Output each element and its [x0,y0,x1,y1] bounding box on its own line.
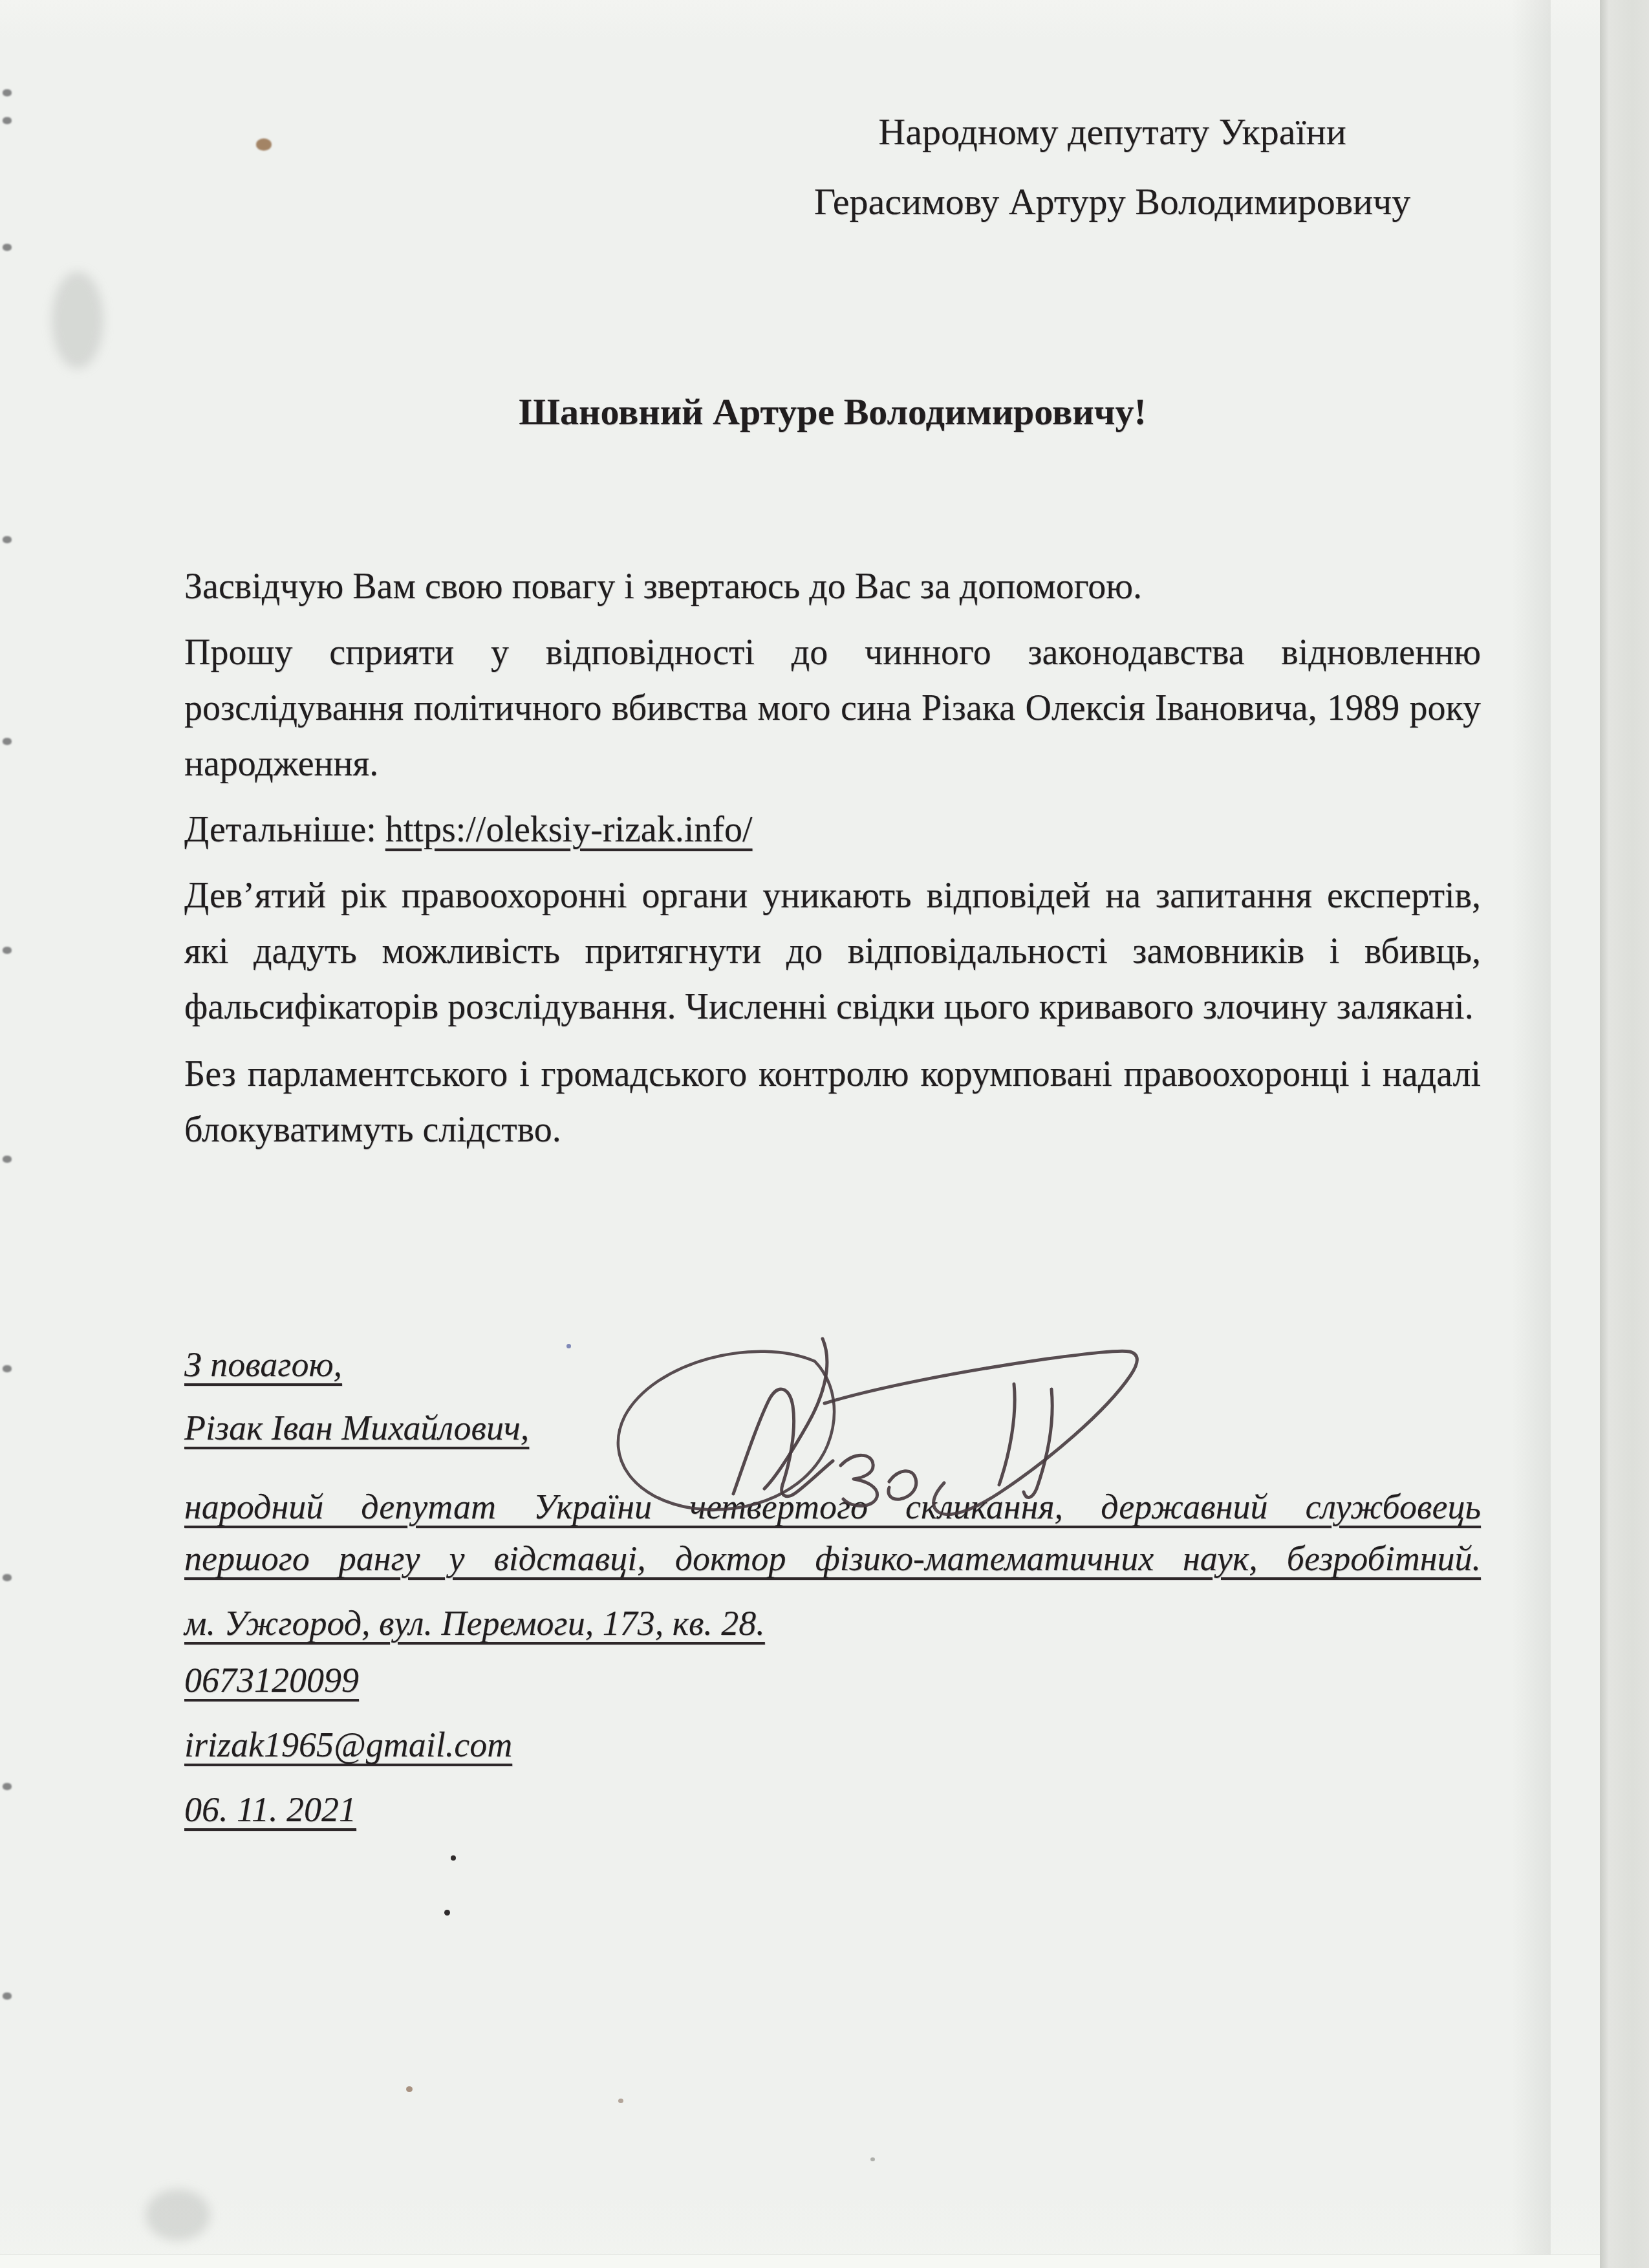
scanner-bottom-strip [0,2254,1600,2268]
letter-content: Народному депутату України Герасимову Ар… [184,0,1481,1834]
details-label: Детальніше: [184,810,376,850]
salutation: Шановний Артуре Володимировичу! [184,389,1481,435]
paper-speck [618,2099,623,2103]
scanner-background-strip [1600,0,1649,2268]
scan-speck [3,1156,12,1163]
scan-speck [3,1574,12,1581]
scan-speck [3,947,12,954]
scan-speck [3,244,12,251]
scan-speck [3,1993,12,2000]
ink-dot [444,1910,450,1916]
paragraph-ninth-year: Дев’ятий рік правоохоронні органи уникаю… [184,868,1481,1035]
paper-sheet: Народному депутату України Герасимову Ар… [0,0,1600,2268]
paper-stain [256,138,272,151]
paper-speck [870,2157,875,2161]
recipient-line-1: Народному депутату України [776,97,1449,167]
details-line: Детальніше: https://oleksiy-rizak.info/ [184,802,1481,858]
scan-speck [3,1783,12,1790]
paper-speck [406,2086,413,2092]
handwritten-signature [595,1326,1177,1526]
closing-email: irizak1965@gmail.com [184,1720,1481,1769]
closing-title-line-2: першого рангу у відставці, доктор фізико… [184,1533,1481,1584]
closing-address: м. Ужгород, вул. Перемоги, 173, кв. 28. [184,1599,1481,1648]
scanned-letter-page: Народному депутату України Герасимову Ар… [0,0,1649,2268]
scan-speck [3,117,12,124]
closing-date: 06. 11. 2021 [184,1785,1481,1834]
paper-smudge [52,272,103,369]
paragraph-control: Без парламентського і громадського контр… [184,1046,1481,1158]
scan-speck [3,536,12,543]
ink-dot [451,1855,456,1861]
paper-edge-shadow [1512,0,1551,2268]
scan-speck [3,738,12,745]
recipient-line-2: Герасимову Артуру Володимировичу [776,167,1449,237]
details-link: https://oleksiy-rizak.info/ [385,810,753,850]
paragraph-request: Прошу сприяти у відповідності до чинного… [184,625,1481,792]
closing-phone: 0673120099 [184,1656,1481,1705]
paper-smudge [145,2189,210,2241]
recipient-block: Народному депутату України Герасимову Ар… [776,97,1449,237]
scan-speck [3,89,12,96]
paragraph-respect: Засвідчую Вам свою повагу і звертаюсь до… [184,559,1481,614]
scan-speck [3,1365,12,1372]
ink-dot-blue [566,1344,571,1348]
